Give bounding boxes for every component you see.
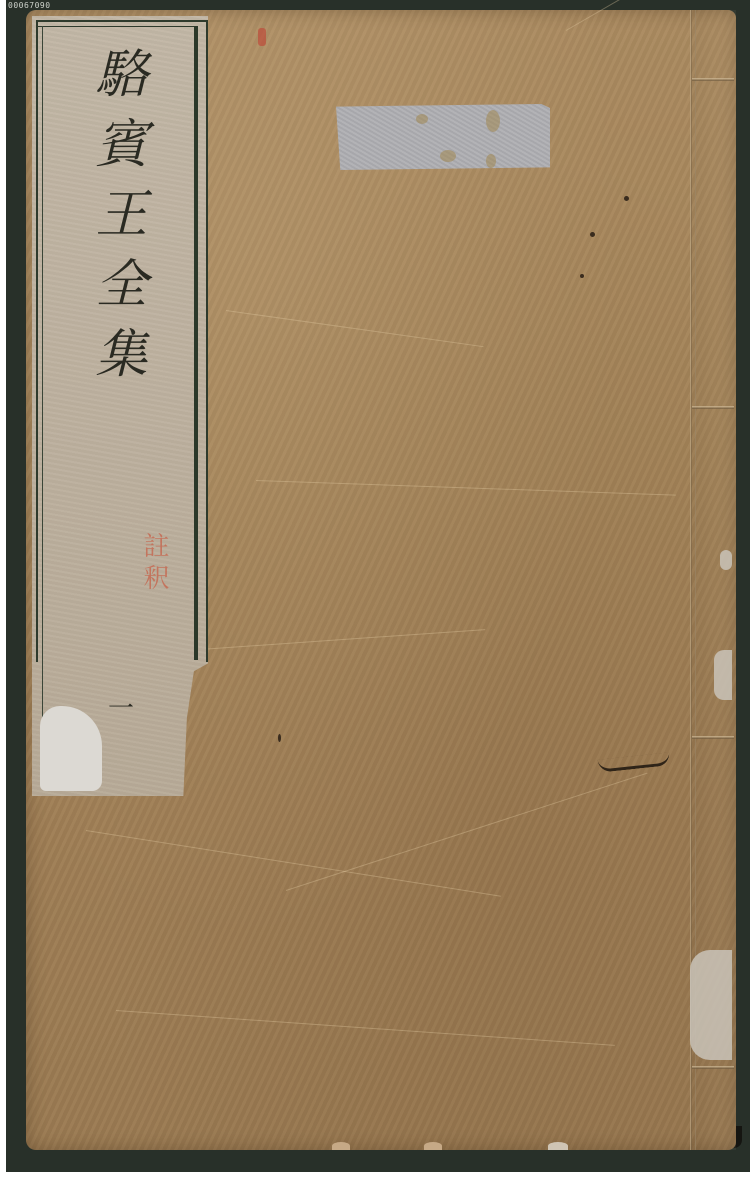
binding-thread [692, 78, 734, 81]
red-ink-mark [258, 28, 266, 46]
wormhole [278, 734, 281, 742]
tear-slit [598, 752, 671, 772]
stain [486, 110, 500, 132]
edge-tear [714, 650, 732, 700]
title-slip: 駱賓王全集 註釈 一 [32, 16, 208, 796]
wormhole [624, 196, 629, 201]
scan-margin [0, 1172, 750, 1180]
crease-line [286, 773, 648, 891]
wormhole [590, 232, 595, 237]
binding-thread [692, 1066, 734, 1069]
stain [416, 114, 428, 124]
volume-number: 一 [108, 688, 134, 725]
book-cover: 駱賓王全集 註釈 一 [26, 10, 736, 1150]
slip-tear [40, 706, 102, 791]
edge-nick [332, 1142, 350, 1150]
scan-id-label: 00067090 [8, 1, 51, 10]
crease-line [186, 629, 485, 651]
paper-label [336, 104, 550, 170]
edge-nick [548, 1142, 568, 1150]
slip-border [42, 26, 43, 786]
slip-border [36, 26, 198, 27]
binding-thread [692, 736, 734, 739]
stain [440, 150, 456, 162]
book-title: 駱賓王全集 [76, 46, 156, 396]
binding-thread [692, 406, 734, 409]
edge-tear [720, 550, 732, 570]
crease-line [256, 480, 676, 496]
stain [486, 154, 496, 168]
slip-border [194, 26, 198, 660]
crease-line [116, 1010, 615, 1046]
wormhole [580, 274, 584, 278]
edge-nick [424, 1142, 442, 1150]
crease-line [226, 310, 484, 347]
red-annotation: 註釈 [136, 532, 173, 596]
edge-tear [690, 950, 732, 1060]
